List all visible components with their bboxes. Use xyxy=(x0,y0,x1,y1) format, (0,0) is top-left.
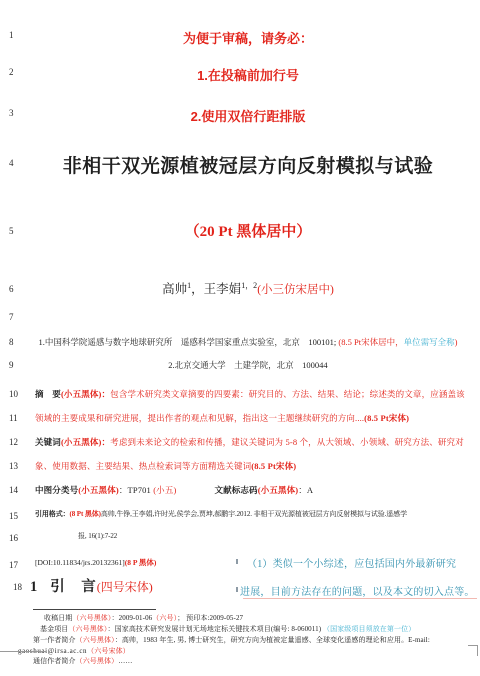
affiliation-2: 2.北京交通大学 土建学院，北京 100044 xyxy=(22,359,474,371)
review-notice-heading: 为便于审稿，请务必： xyxy=(22,28,474,47)
text-boundary-mark xyxy=(0,651,46,652)
comment-underline-mark xyxy=(243,598,477,599)
line-number: 18 xyxy=(13,582,22,592)
funding-label: 基金项目 xyxy=(40,625,68,633)
footnote-corresponding: 通信作者简介（六号黑体）…… xyxy=(33,656,132,666)
citation-text: 高帅,牛铮,王李娟,许时光,侯学会,贾坤,郝鹏宇.2012. 非相干双光源植被冠… xyxy=(101,510,407,518)
footnote-separator xyxy=(33,609,156,610)
section-number: 1 xyxy=(30,579,38,595)
line-number: 5 xyxy=(9,226,14,236)
abstract-colon: ： xyxy=(102,389,111,399)
abstract-guide-text: 包含学术研究类文章摘要的四要素：研究目的、方法、结果、结论；综述类的文章，应涵盖… xyxy=(110,389,465,399)
footnote-funding: 基金项目（六号黑体）：国家高技术研究发展计划无场地定标关键技术项目(编号: 8-… xyxy=(40,624,415,634)
comment-anchor-mark xyxy=(236,587,238,592)
section-font-note: (四号宋体) xyxy=(97,580,153,594)
keywords-guide-text: 象、使用数据、主要结果、热点检索词等方面精选关键词 xyxy=(35,461,251,471)
corresponding-ellipsis: …… xyxy=(118,657,132,665)
line-number: 7 xyxy=(9,312,14,322)
text-boundary-mark xyxy=(477,645,478,656)
paper-title: 非相干双光源植被冠层方向反射模拟与试验 xyxy=(22,151,474,178)
line-number: 17 xyxy=(9,560,18,570)
title-size-note: （20 Pt 黑体居中） xyxy=(22,220,474,241)
first-author-label: 第一作者简介 xyxy=(33,636,76,644)
reviewer-comment-line-2: 进展，目前方法存在的问题，以及本文的切入点等。 xyxy=(240,583,475,598)
doi-font-note: (8 P 黑体) xyxy=(125,558,157,567)
keywords-font-note: (小五黑体) xyxy=(61,437,102,447)
affiliation-text: 1.中国科学院遥感与数字地球研究所 遥感科学国家重点实验室，北京 100101; xyxy=(39,337,339,347)
citation-line-2: 报, 16(1):7-22 xyxy=(78,531,117,541)
citation-label: 引用格式： xyxy=(35,510,70,518)
manuscript-page: 1 2 3 4 5 6 7 8 9 10 11 12 13 14 15 16 1… xyxy=(0,0,480,676)
received-label: 收稿日期 xyxy=(44,614,72,622)
abstract-line-2: 领域的主要成果和研究进展，提出作者的观点和见解，指出这一主题继续研究的方向...… xyxy=(35,412,409,424)
keywords-label: 关键词 xyxy=(35,437,61,447)
abstract-size-note: (8.5 Pt宋体) xyxy=(364,413,409,423)
received-semicolon: ； xyxy=(177,614,186,622)
author-format-note: (小三仿宋居中) xyxy=(257,284,334,296)
clc-font-note: (小五黑体) xyxy=(78,485,119,495)
affiliation-cyan-note: 单位需写全称 xyxy=(404,337,455,347)
author-affil-sup: 1，2 xyxy=(241,281,257,290)
first-author-bio: ：高帅，1983 年生, 男, 博士研究生，研究方向为植被定量遥感、全球变化遥感… xyxy=(115,636,430,644)
comment-anchor-mark xyxy=(236,559,238,564)
email-font-note: （六号宋体） xyxy=(87,647,130,655)
review-notice-item-1: 1.在投稿前加行号 xyxy=(22,65,474,84)
line-number: 13 xyxy=(9,461,18,471)
corresponding-font-note: （六号黑体） xyxy=(76,657,119,665)
line-number: 8 xyxy=(9,337,14,347)
author-separator: ， xyxy=(191,282,204,296)
received-font-note: （六号黑体） xyxy=(72,614,111,622)
abstract-guide-text: 领域的主要成果和研究进展，提出作者的观点和见解，指出这一主题继续研究的方向...… xyxy=(35,413,364,423)
line-number: 15 xyxy=(9,511,18,521)
section-heading: 1引 言(四号宋体) xyxy=(30,575,153,596)
citation-line-1: 引用格式：(8 Pt 黑体)高帅,牛铮,王李娟,许时光,侯学会,贾坤,郝鹏宇.2… xyxy=(35,509,407,519)
received-date: ：2009-01-06 xyxy=(112,614,153,622)
line-number: 10 xyxy=(9,389,18,399)
affiliation-note-close: ) xyxy=(455,337,458,347)
doc-code-value: ：A xyxy=(298,485,313,495)
keywords-colon: ： xyxy=(102,437,111,447)
preprint-date: 预印本:2009-05-27 xyxy=(186,614,243,622)
line-number: 9 xyxy=(9,360,14,370)
section-title: 引 言 xyxy=(50,579,97,595)
doi-text: [DOI:10.11834/jrs.20132361] xyxy=(35,558,125,567)
funding-text: ：国家高技术研究发展计划无场地定标关键技术项目(编号: 8-060011) xyxy=(108,625,323,633)
corresponding-label: 通信作者简介 xyxy=(33,657,76,665)
line-number: 12 xyxy=(9,437,18,447)
keywords-guide-text: 考虑到未来论文的检索和传播，建议关键词为 5-8 个，从大领域、小领域、研究方法… xyxy=(110,437,464,447)
line-number: 2 xyxy=(9,67,14,77)
clc-size-note: (小五) xyxy=(153,485,176,495)
doc-code-font-note: (小五黑体) xyxy=(258,485,299,495)
funding-cyan-note: （国家级项目须放在第一位） xyxy=(323,625,415,633)
affiliation-1: 1.中国科学院遥感与数字地球研究所 遥感科学国家重点实验室，北京 100101;… xyxy=(22,336,474,348)
review-notice-item-2: 2.使用双倍行距排版 xyxy=(22,106,474,125)
funding-font-note: （六号黑体） xyxy=(68,625,107,633)
line-number: 16 xyxy=(9,533,18,543)
keywords-size-note: (8.5 Pt宋体) xyxy=(251,461,296,471)
line-number: 6 xyxy=(9,284,14,294)
classification-line: 中图分类号(小五黑体)：TP701 (小五)文献标志码(小五黑体)：A xyxy=(35,484,313,496)
line-number: 1 xyxy=(9,30,14,40)
keywords-line-1: 关键词(小五黑体)：考虑到未来论文的检索和传播，建议关键词为 5-8 个，从大领… xyxy=(35,436,464,448)
clc-value: ：TP701 xyxy=(119,485,153,495)
keywords-line-2: 象、使用数据、主要结果、热点检索词等方面精选关键词(8.5 Pt宋体) xyxy=(35,460,296,472)
abstract-line-1: 摘 要(小五黑体)：包含学术研究类文章摘要的四要素：研究目的、方法、结果、结论；… xyxy=(35,388,465,400)
citation-font-note: (8 Pt 黑体) xyxy=(70,510,101,518)
abstract-label: 摘 要 xyxy=(35,389,61,399)
footnote-first-author: 第一作者简介（六号黑体）：高帅，1983 年生, 男, 博士研究生，研究方向为植… xyxy=(33,635,430,645)
line-number: 11 xyxy=(9,413,18,423)
affiliation-format-note: (8.5 Pt宋体居中， xyxy=(338,337,403,347)
author-name: 王李娟 xyxy=(204,282,242,296)
abstract-font-note: (小五黑体) xyxy=(61,389,102,399)
received-size-note: （六号） xyxy=(152,614,177,622)
line-number: 14 xyxy=(9,485,18,495)
author-line: 高帅1，王李娟1，2(小三仿宋居中) xyxy=(22,279,474,297)
line-number: 3 xyxy=(9,108,14,118)
clc-label: 中图分类号 xyxy=(35,485,78,495)
footnote-received: 收稿日期（六号黑体）：2009-01-06（六号）； 预印本:2009-05-2… xyxy=(44,613,243,623)
doc-code-label: 文献标志码 xyxy=(214,485,257,495)
author-name: 高帅 xyxy=(162,282,187,296)
line-number: 4 xyxy=(9,158,14,168)
first-author-font-note: （六号黑体） xyxy=(76,636,115,644)
reviewer-comment-line-1: （1）类似一个小综述，应包括国内外最新研究 xyxy=(247,555,456,570)
doi-line: [DOI:10.11834/jrs.20132361](8 P 黑体) xyxy=(35,557,156,568)
